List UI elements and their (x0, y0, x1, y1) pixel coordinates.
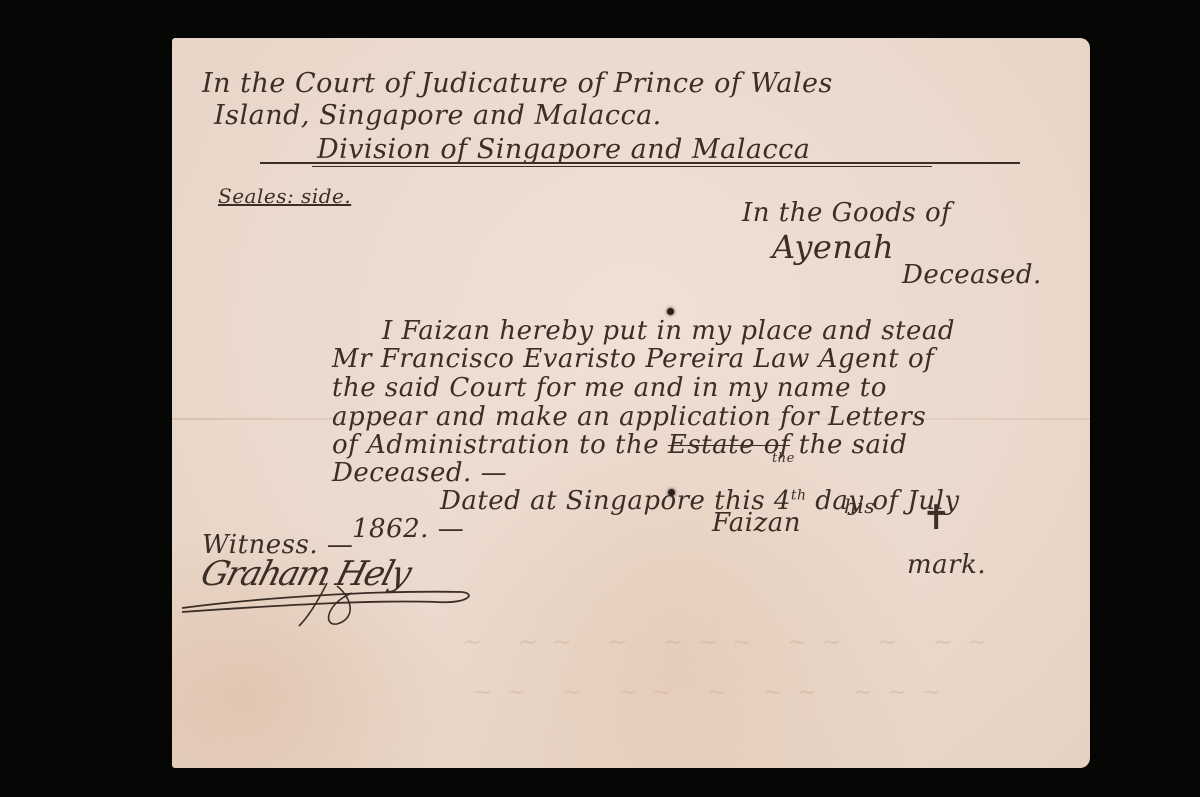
court-heading-line2: Island, Singapore and Malacca. (214, 100, 662, 131)
superscript-the: the (772, 451, 795, 466)
mark-cross-icon: ✝ (922, 498, 951, 538)
bleed-through-marks: ~~ ~ ~~ ~ ~~ ~~~ (472, 678, 955, 706)
court-heading-line1: In the Court of Judicature of Prince of … (202, 68, 833, 99)
court-division-heading: Division of Singapore and Malacca (317, 134, 810, 165)
dated-year: 1862. — (352, 514, 464, 544)
seals-note: Seales: side. (218, 184, 351, 208)
his-label: his (844, 494, 875, 518)
body-line-6: Deceased. — (332, 458, 507, 488)
body-line-2: Mr Francisco Evaristo Pereira Law Agent … (332, 344, 934, 374)
mark-label: mark. (907, 550, 986, 580)
body-line-5-b: the said (799, 430, 908, 460)
division-underline (260, 162, 1020, 164)
body-line-4: appear and make an application for Lette… (332, 402, 926, 432)
deceased-label: Deceased. (902, 260, 1042, 290)
ink-spot (667, 308, 674, 315)
body-line-1: I Faizan hereby put in my place and stea… (382, 316, 955, 346)
document-paper: In the Court of Judicature of Prince of … (172, 38, 1090, 768)
signatory-name: Faizan (712, 508, 801, 538)
dated-ordinal: th (791, 487, 807, 503)
bleed-through-marks: ~ ~~ ~ ~~~ ~~ ~ ~~ (462, 628, 1001, 656)
deceased-name: Ayenah (772, 228, 894, 266)
signature-flourish-icon (177, 578, 477, 628)
body-line-5-a: of Administration to the (332, 430, 659, 460)
in-the-goods-of: In the Goods of (742, 198, 951, 228)
dated-line: Dated at Singapore this 4th day of July (440, 486, 960, 516)
body-line-3: the said Court for me and in my name to (332, 373, 887, 403)
body-line-5: of Administration to the Estate of the s… (332, 430, 907, 460)
division-underline-2 (312, 166, 932, 167)
